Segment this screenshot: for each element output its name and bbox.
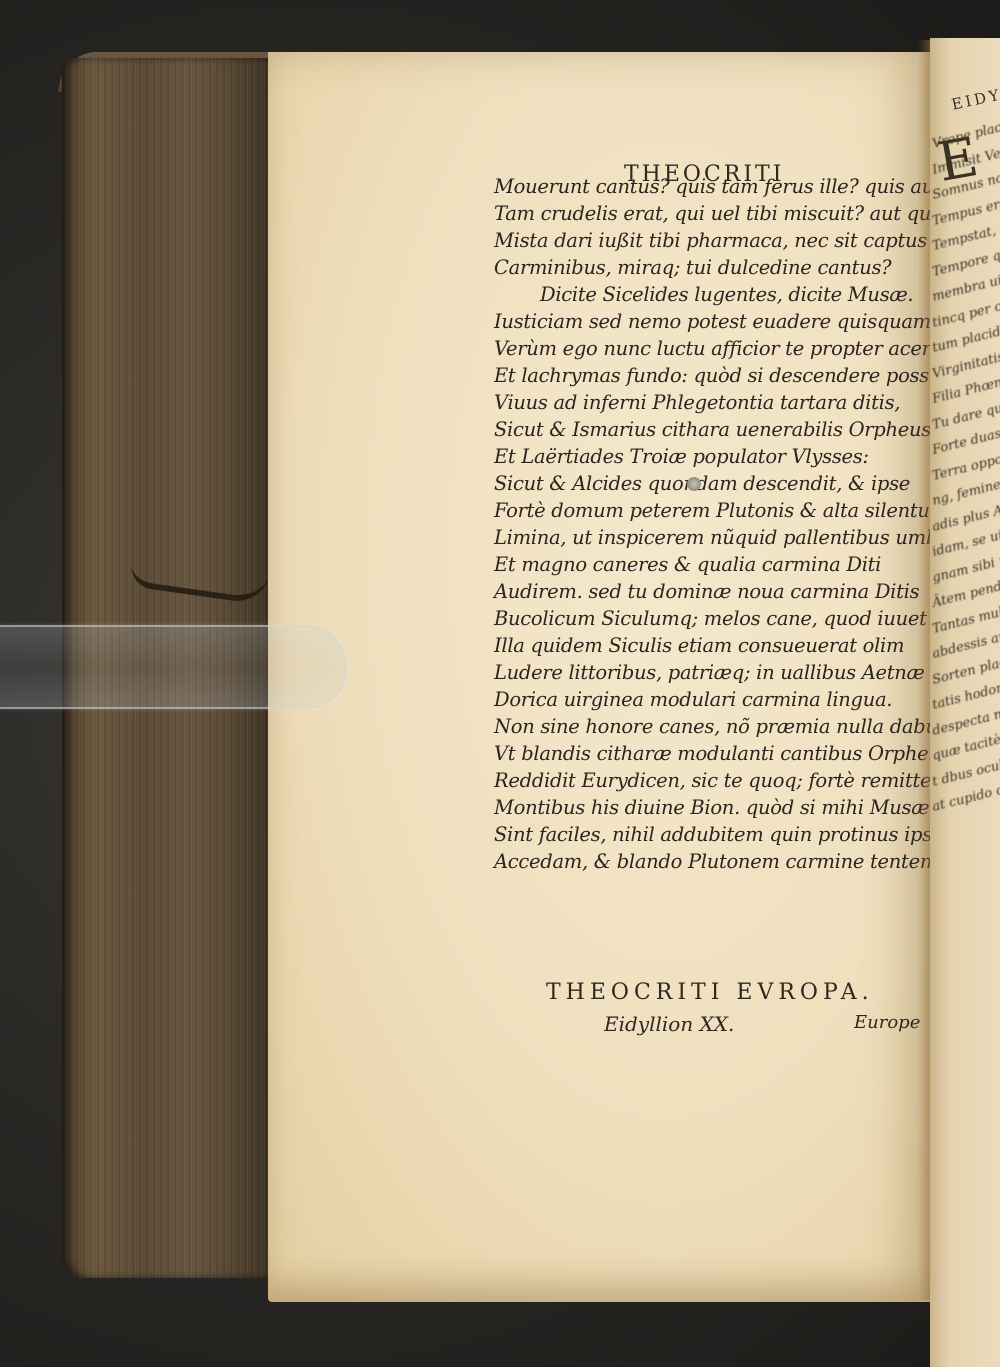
section-title: THEOCRITI EVROPA. <box>546 980 874 1005</box>
right-facing-page: EIDYLL Vropę placidũ Immisit Venus, c So… <box>930 38 1000 1367</box>
clear-bookmark-strip <box>0 625 347 709</box>
text-line: Bucolicum Siculumq; melos cane, quod iuu… <box>494 605 934 632</box>
text-line: Mista dari iußit tibi pharmaca, nec sit … <box>494 227 934 254</box>
text-line: Audirem. sed tu dominæ noua carmina Diti… <box>494 578 934 605</box>
text-line: Dorica uirginea modulari carmina lingua. <box>494 686 934 713</box>
text-line: Limina, ut inspicerem nũquid pallentibus… <box>494 524 934 551</box>
page-blemish <box>687 477 701 491</box>
text-line: Fortè domum peterem Plutonis & alta sile… <box>494 497 934 524</box>
facing-text: Vropę placidũ Immisit Venus, c Somnus no… <box>930 138 1000 827</box>
text-line: Reddidit Eurydicen, sic te quoq; fortè r… <box>494 767 934 794</box>
text-line: Viuus ad inferni Phlegetontia tartara di… <box>494 389 934 416</box>
text-line: Et magno caneres & qualia carmina Diti <box>494 551 934 578</box>
poem-text: Mouerunt cantus? quis tam ferus ille? qu… <box>494 173 934 875</box>
text-line: Non sine honore canes, nõ præmia nulla d… <box>494 713 934 740</box>
text-line: Montibus his diuine Bion. quòd si mihi M… <box>494 794 934 821</box>
catchword: Europe <box>854 1012 920 1033</box>
text-line: Vt blandis citharæ modulanti cantibus Or… <box>494 740 934 767</box>
text-line: Et lachrymas fundo: quòd si descendere p… <box>494 362 934 389</box>
section-subtitle: Eidyllion XX. <box>604 1012 734 1036</box>
facing-running-head: EIDYLL <box>950 80 1000 114</box>
text-line: Carminibus, miraq; tui dulcedine cantus? <box>494 254 934 281</box>
text-line: Verùm ego nunc luctu afficior te propter… <box>494 335 934 362</box>
text-line: Sicut & Ismarius cithara uenerabilis Orp… <box>494 416 934 443</box>
text-line: Sicut & Alcides quondam descendit, & ips… <box>494 470 934 497</box>
refrain-line: Dicite Sicelides lugentes, dicite Musæ. <box>494 281 934 308</box>
text-line: Mouerunt cantus? quis tam ferus ille? qu… <box>494 173 934 200</box>
text-line: Accedam, & blando Plutonem carmine tente… <box>494 848 934 875</box>
text-line: Ludere littoribus, patriæq; in uallibus … <box>494 659 934 686</box>
text-line: Iusticiam sed nemo potest euadere quisqu… <box>494 308 934 335</box>
text-line: Et Laërtiades Troiæ populator Vlysses: <box>494 443 934 470</box>
text-line: Sint faciles, nihil addubitem quin proti… <box>494 821 934 848</box>
text-line: Tam crudelis erat, qui uel tibi miscuit?… <box>494 200 934 227</box>
text-line: Illa quidem Siculis etiam consueuerat ol… <box>494 632 934 659</box>
